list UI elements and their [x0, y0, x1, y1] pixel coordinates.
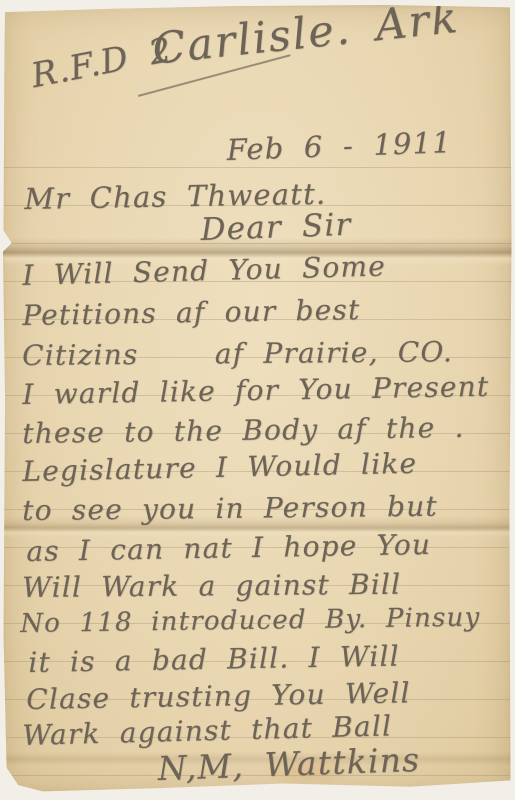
body-line: these to the Body af the . [22, 411, 465, 450]
place-line: Carlisle. Ark [150, 0, 461, 75]
letter-paper: R.F.D 2 Carlisle. Ark Feb 6 - 1911 Mr Ch… [2, 5, 512, 793]
body-line: Citizins af Prairie, CO. [22, 335, 453, 372]
scanned-letter-page: R.F.D 2 Carlisle. Ark Feb 6 - 1911 Mr Ch… [0, 0, 515, 800]
body-line: Petitions af our best [22, 293, 361, 332]
salutation-line: Dear Sir [200, 207, 352, 248]
body-line: to see you in Person but [22, 490, 438, 527]
body-line: it is a bad Bill. I Will [28, 640, 400, 679]
body-line: Will Wark a gainst Bill [22, 568, 401, 604]
body-line: No 118 introduced By. Pinsuy [20, 603, 481, 639]
body-line: as I can nat I hope You [26, 528, 431, 568]
